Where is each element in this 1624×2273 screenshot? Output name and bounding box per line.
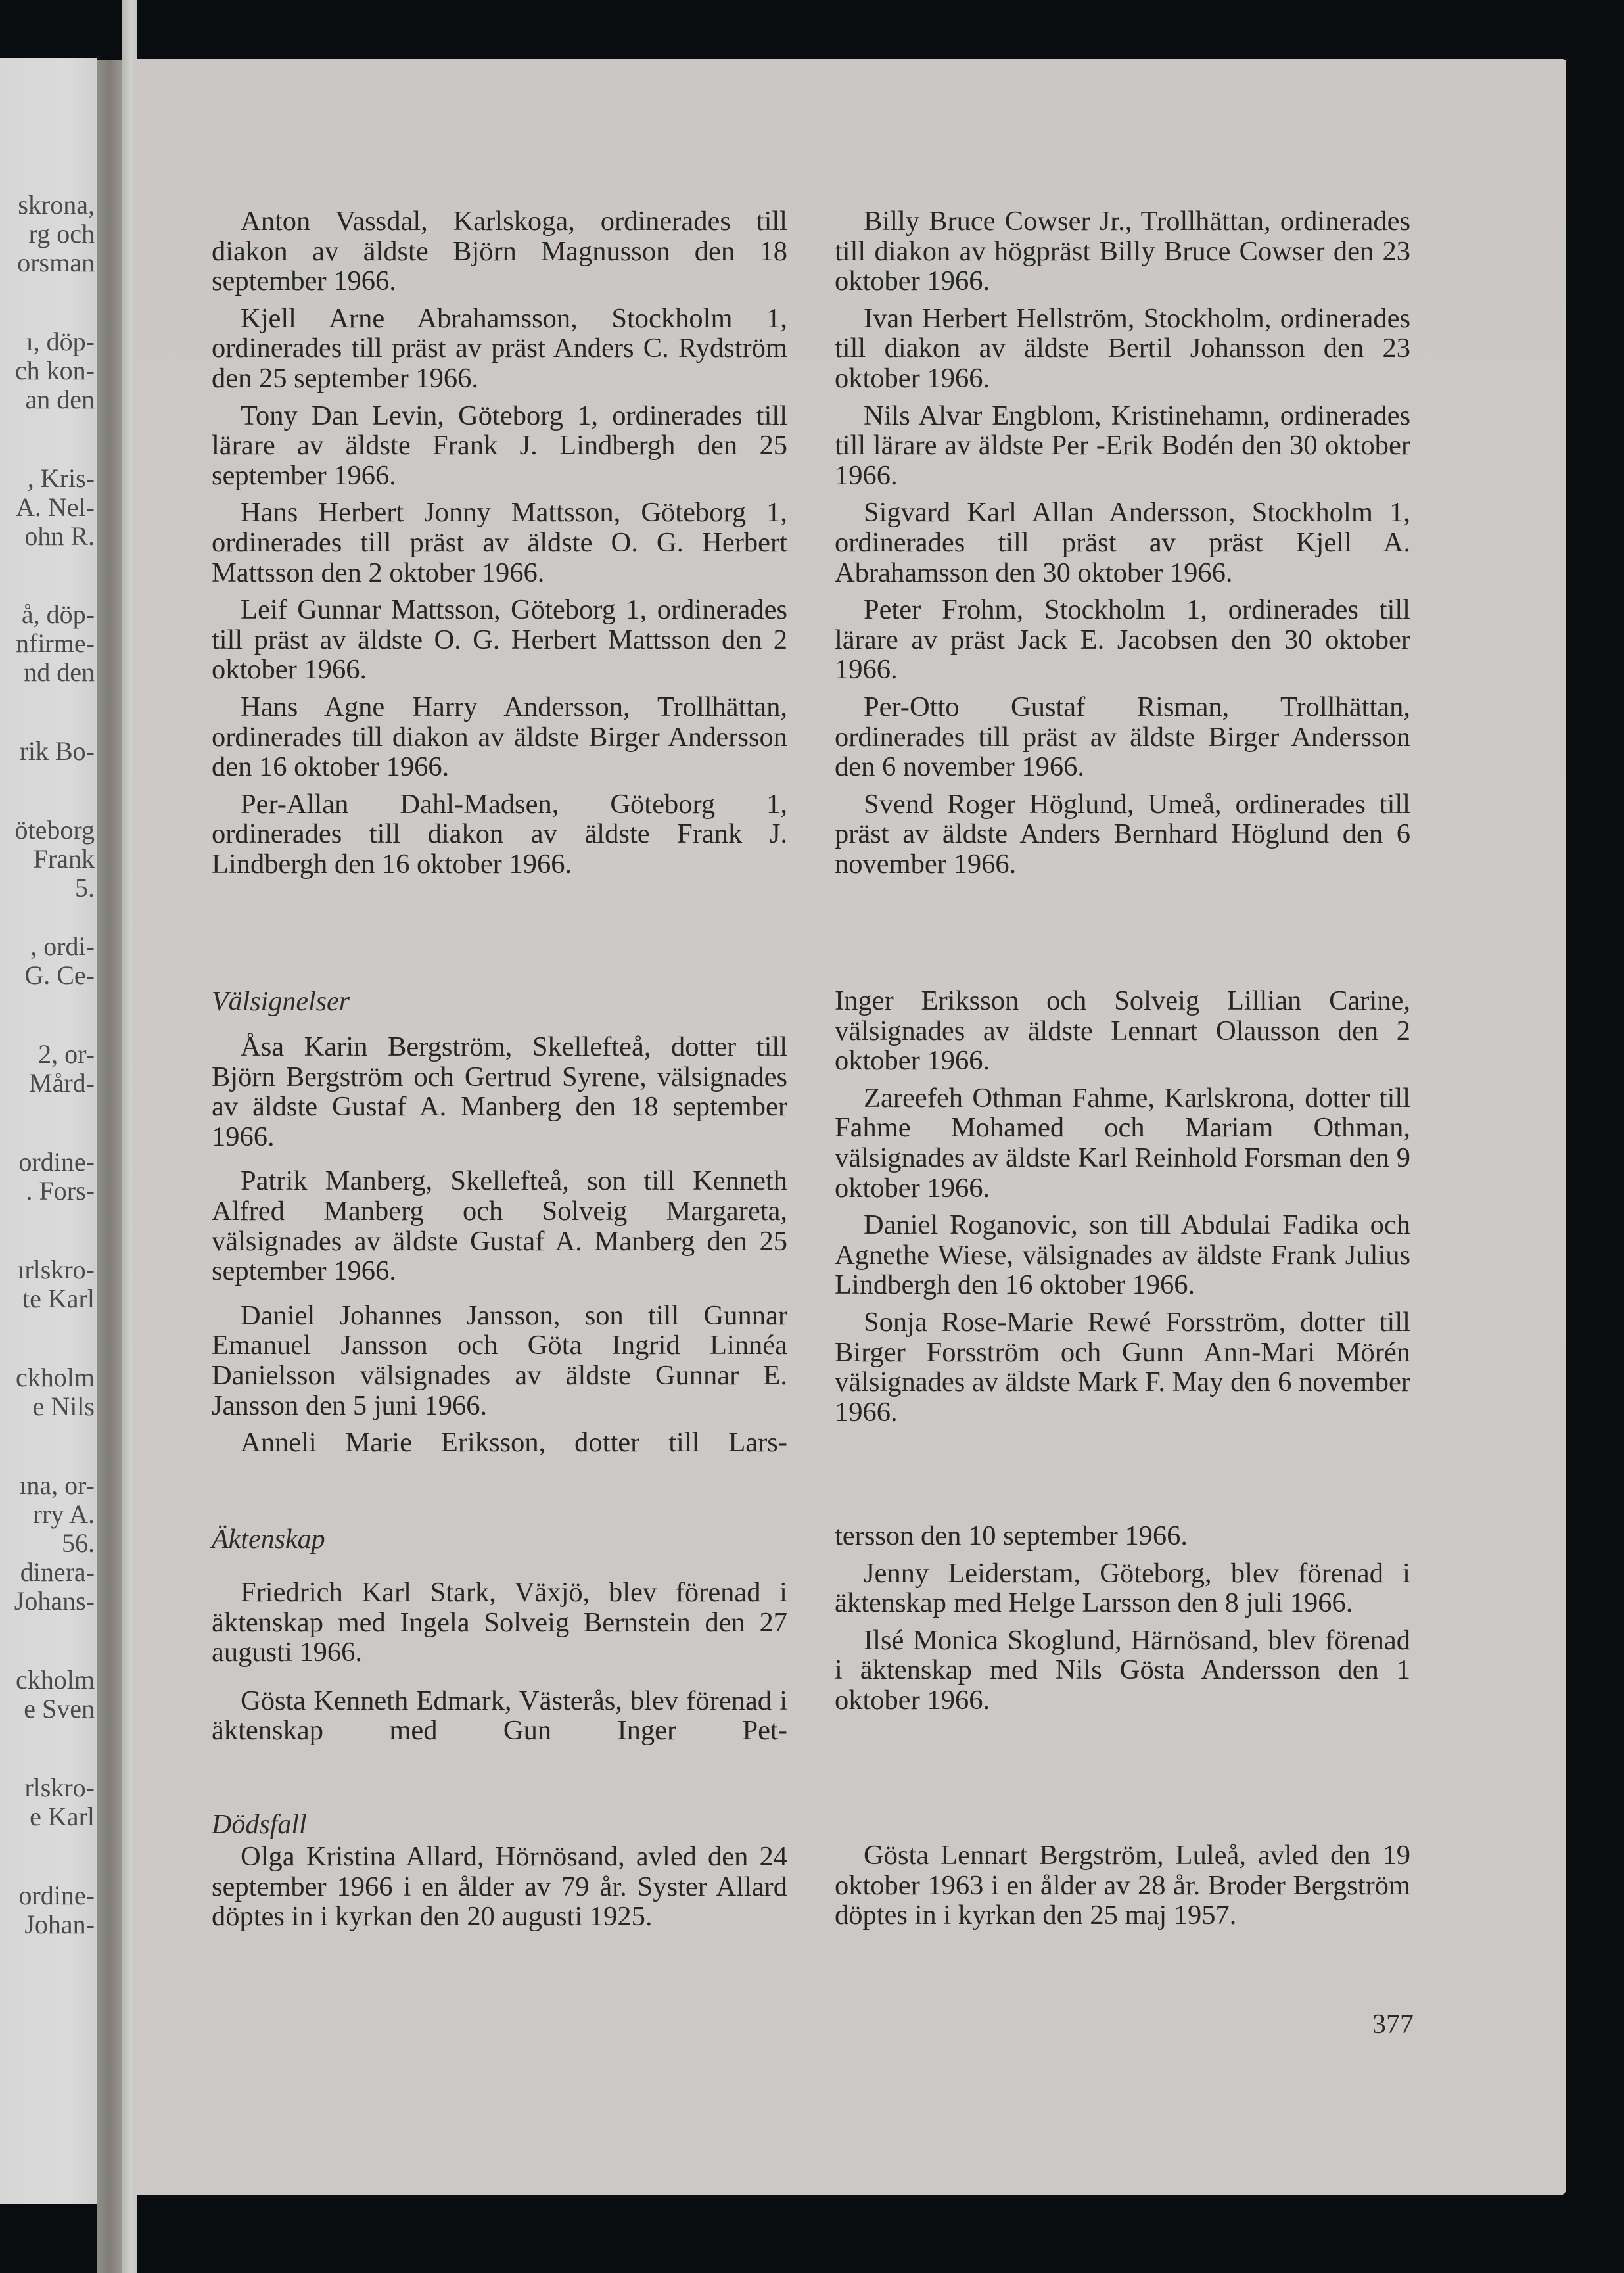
death-entry: Olga Kristina Allard, Hörnösand, av­led … bbox=[212, 1842, 787, 1932]
death-entry: Gösta Lennart Bergström, Luleå, avled de… bbox=[835, 1840, 1410, 1931]
previous-page-text-fragment: ckholm bbox=[16, 1666, 95, 1695]
previous-page-text-fragment: 2, or- bbox=[38, 1040, 95, 1069]
ordination-entry: Hans Agne Harry Andersson, Trollhät­tan,… bbox=[212, 692, 787, 782]
previous-page-text-fragment: 5. bbox=[75, 874, 95, 902]
blessing-entry: Anneli Marie Eriksson, dotter till Lars- bbox=[212, 1428, 787, 1458]
ordination-entry: Anton Vassdal, Karlskoga, ordinerades ti… bbox=[212, 206, 787, 296]
marriage-entry: Jenny Leiderstam, Göteborg, blev för­ena… bbox=[835, 1558, 1410, 1618]
previous-page-text-fragment: ckholm bbox=[16, 1363, 95, 1392]
ordination-entry: Leif Gunnar Mattsson, Göteborg 1, or­din… bbox=[212, 595, 787, 685]
previous-page-text-fragment: orsman bbox=[17, 248, 95, 277]
previous-page-text-fragment: Frank bbox=[34, 845, 95, 874]
blessing-entry: Sonja Rose-Marie Rewé Forsström, dot­ter… bbox=[835, 1307, 1410, 1427]
previous-page-text-fragment: G. Ce- bbox=[24, 961, 95, 990]
previous-page-text-fragment: nd den bbox=[24, 658, 95, 687]
previous-page-text-fragment: ohn R. bbox=[24, 522, 95, 551]
ordination-entry: Nils Alvar Engblom, Kristinehamn, or­din… bbox=[835, 401, 1410, 491]
previous-page-text-fragment: dinera- bbox=[20, 1558, 95, 1587]
previous-page-text-fragment: A. Nel- bbox=[16, 493, 95, 522]
previous-page-text-fragment: te Karl bbox=[22, 1284, 95, 1313]
ordination-entry: Kjell Arne Abrahamsson, Stockholm 1, ord… bbox=[212, 304, 787, 394]
ordination-entry: Peter Frohm, Stockholm 1, ordinerades ti… bbox=[835, 595, 1410, 685]
left-column-ordinations: Anton Vassdal, Karlskoga, ordinerades ti… bbox=[212, 206, 787, 886]
previous-page-text-fragment: ına, or- bbox=[19, 1471, 95, 1500]
blessing-entry: Daniel Johannes Jansson, son till Gun­na… bbox=[212, 1301, 787, 1420]
blessing-entry-continued: Inger Eriksson och Solveig Lillian Carin… bbox=[835, 986, 1410, 1076]
ordination-entry: Svend Roger Höglund, Umeå, ordine­rades … bbox=[835, 789, 1410, 879]
previous-page-text-fragment: e Nils bbox=[33, 1392, 95, 1421]
ordination-entry: Sigvard Karl Allan Andersson, Stock­holm… bbox=[835, 498, 1410, 588]
ordination-entry: Per-Allan Dahl-Madsen, Göteborg 1, ordin… bbox=[212, 789, 787, 879]
marriage-entry: Ilsé Monica Skoglund, Härnösand, blev fö… bbox=[835, 1626, 1410, 1716]
blessing-entry: Daniel Roganovic, son till Abdulai Fa­di… bbox=[835, 1210, 1410, 1300]
previous-page-text-fragment: Johan- bbox=[24, 1910, 95, 1939]
right-column-deaths: Gösta Lennart Bergström, Luleå, avled de… bbox=[835, 1840, 1410, 1938]
previous-page-text-fragment: 56. bbox=[62, 1529, 95, 1558]
marriage-entry: Gösta Kenneth Edmark, Västerås, blev för… bbox=[212, 1686, 787, 1746]
right-column-ordinations: Billy Bruce Cowser Jr., Trollhättan, ord… bbox=[835, 206, 1410, 886]
previous-page-text-fragment: ordine- bbox=[18, 1148, 95, 1177]
page-number: 377 bbox=[1372, 2009, 1414, 2040]
previous-page-text-fragment: rik Bo- bbox=[20, 737, 95, 766]
left-column-blessings: Åsa Karin Bergström, Skellefteå, dotter … bbox=[212, 1032, 787, 1465]
left-column-marriages: Friedrich Karl Stark, Växjö, blev för­en… bbox=[212, 1578, 787, 1753]
blessing-entry: Zareefeh Othman Fahme, Karlskrona, dotte… bbox=[835, 1083, 1410, 1203]
previous-page-text-fragment: , Kris- bbox=[28, 464, 95, 493]
previous-page-text-fragment: å, döp- bbox=[22, 600, 95, 629]
previous-page-text-fragment: öteborg bbox=[15, 816, 95, 845]
section-heading-marriages: Äktenskap bbox=[212, 1524, 325, 1555]
previous-page-text-fragment: ı, döp- bbox=[26, 327, 95, 356]
previous-page-text-fragment: e Karl bbox=[30, 1802, 95, 1831]
right-column-blessings: Inger Eriksson och Solveig Lillian Carin… bbox=[835, 986, 1410, 1434]
previous-page-text-fragment: ordine- bbox=[18, 1881, 95, 1910]
section-heading-blessings: Välsignelser bbox=[212, 986, 350, 1018]
previous-page-text-fragment: rlskro- bbox=[24, 1773, 95, 1802]
right-column-marriages: tersson den 10 september 1966. Jenny Lei… bbox=[835, 1521, 1410, 1723]
previous-page-text-fragment: nfirme- bbox=[16, 629, 95, 658]
blessing-entry: Åsa Karin Bergström, Skellefteå, dotter … bbox=[212, 1032, 787, 1152]
section-heading-deaths: Dödsfall bbox=[212, 1809, 307, 1840]
marriage-entry-continued: tersson den 10 september 1966. bbox=[835, 1521, 1410, 1551]
left-column-deaths: Olga Kristina Allard, Hörnösand, av­led … bbox=[212, 1842, 787, 1939]
previous-page-text-fragment: Johans- bbox=[14, 1587, 95, 1616]
blessing-entry: Patrik Manberg, Skellefteå, son till Ken… bbox=[212, 1166, 787, 1286]
previous-page-text-fragment: ırlskro- bbox=[17, 1255, 95, 1284]
ordination-entry: Hans Herbert Jonny Mattsson, Göte­borg 1… bbox=[212, 498, 787, 588]
previous-page-text-fragment: an den bbox=[25, 385, 95, 414]
previous-page-text-fragment: e Sven bbox=[24, 1695, 95, 1723]
ordination-entry: Ivan Herbert Hellström, Stockholm, or­di… bbox=[835, 304, 1410, 394]
previous-page-text-fragment: ch kon- bbox=[15, 356, 95, 385]
ordination-entry: Billy Bruce Cowser Jr., Trollhättan, ord… bbox=[835, 206, 1410, 296]
spine-top-shadow bbox=[97, 0, 122, 60]
marriage-entry: Friedrich Karl Stark, Växjö, blev för­en… bbox=[212, 1578, 787, 1668]
previous-page-text-fragment: , ordi- bbox=[30, 932, 95, 961]
book-spine bbox=[97, 0, 122, 2273]
previous-page-text-fragment: . Fors- bbox=[26, 1177, 95, 1206]
previous-page-edge: skrona,rg ochorsmanı, döp-ch kon-an den,… bbox=[0, 58, 97, 2204]
ordination-entry: Per-Otto Gustaf Risman, Trollhättan, ord… bbox=[835, 692, 1410, 782]
previous-page-text-fragment: rry A. bbox=[34, 1500, 95, 1529]
ordination-entry: Tony Dan Levin, Göteborg 1, ordine­rades… bbox=[212, 401, 787, 491]
previous-page-text-fragment: Mård- bbox=[29, 1069, 95, 1098]
previous-page-text-fragment: rg och bbox=[29, 220, 95, 248]
previous-page-text-fragment: skrona, bbox=[18, 191, 95, 220]
